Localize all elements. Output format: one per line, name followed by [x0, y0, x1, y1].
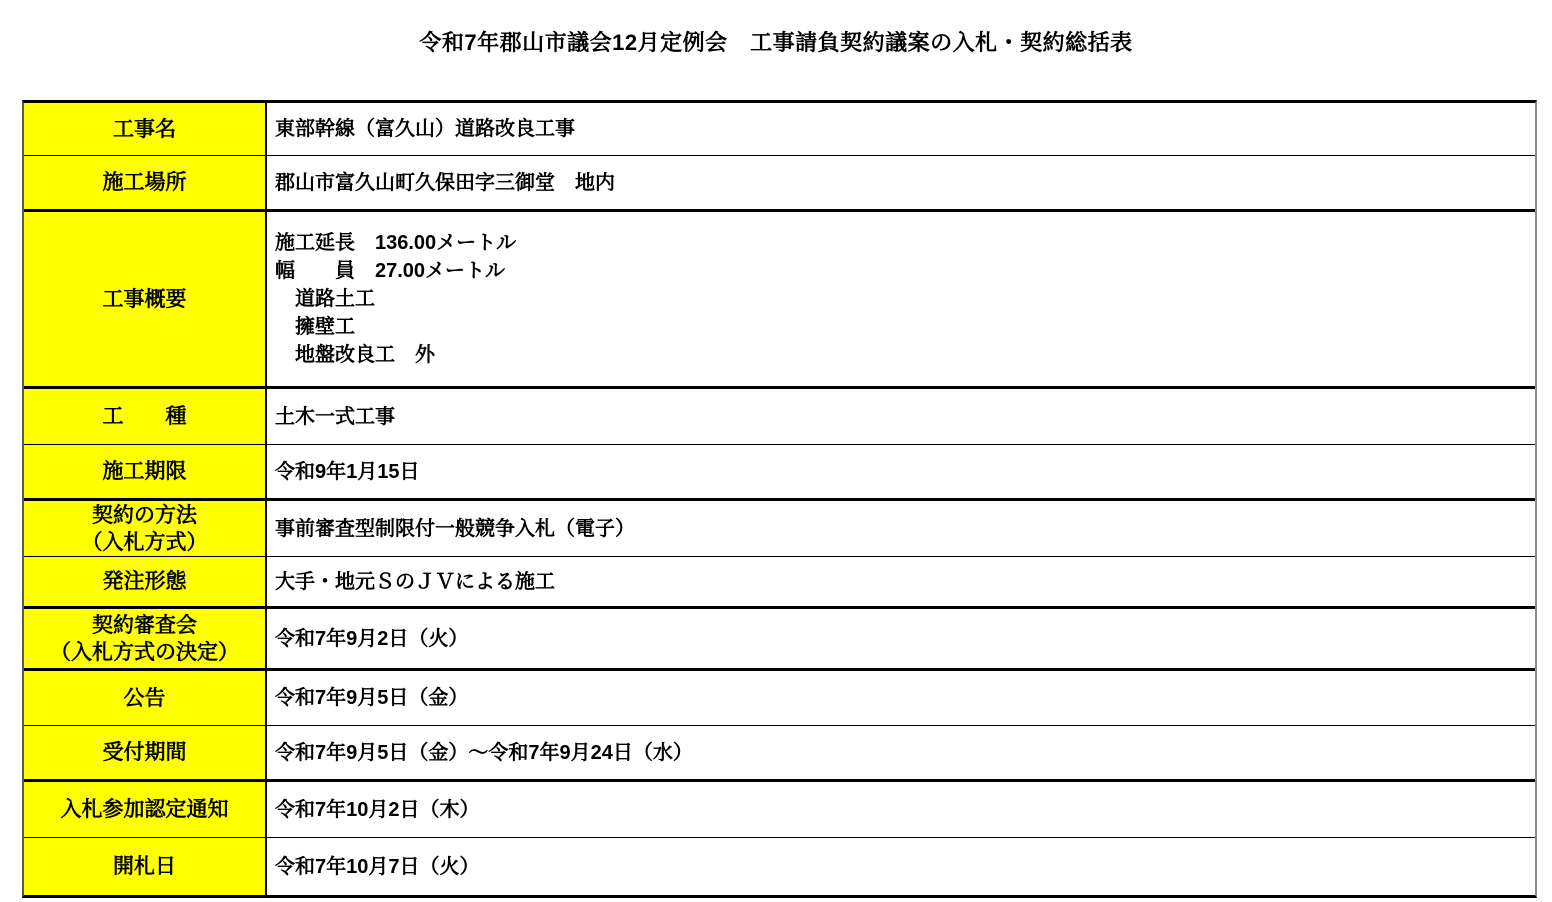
bid-participation-notice-label: 入札参加認定通知 — [24, 782, 267, 837]
row-construction-deadline: 施工期限 令和9年1月15日 — [24, 445, 1535, 501]
work-type-value: 土木一式工事 — [267, 389, 1535, 444]
row-bid-participation-notice: 入札参加認定通知 令和7年10月2日（木） — [24, 782, 1535, 838]
row-public-notice: 公告 令和7年9月5日（金） — [24, 671, 1535, 726]
row-project-overview: 工事概要 施工延長 136.00メートル 幅 員 27.00メートル 道路土工 … — [24, 212, 1535, 389]
contract-review-committee-label: 契約審査会 （入札方式の決定） — [24, 609, 267, 668]
row-contract-method: 契約の方法 （入札方式） 事前審査型制限付一般競争入札（電子） — [24, 501, 1535, 557]
project-overview-label: 工事概要 — [24, 212, 267, 386]
project-overview-value: 施工延長 136.00メートル 幅 員 27.00メートル 道路土工 擁壁工 地… — [267, 212, 1535, 386]
construction-deadline-value: 令和9年1月15日 — [267, 445, 1535, 498]
row-contract-review-committee: 契約審査会 （入札方式の決定） 令和7年9月2日（火） — [24, 609, 1535, 671]
reception-period-label: 受付期間 — [24, 726, 267, 779]
construction-deadline-label: 施工期限 — [24, 445, 267, 498]
page-title: 令和7年郡山市議会12月定例会 工事請負契約議案の入札・契約総括表 — [0, 26, 1552, 57]
contract-method-label: 契約の方法 （入札方式） — [24, 501, 267, 556]
contract-method-value: 事前審査型制限付一般競争入札（電子） — [267, 501, 1535, 556]
project-name-label: 工事名 — [24, 103, 267, 155]
row-construction-site: 施工場所 郡山市富久山町久保田字三御堂 地内 — [24, 156, 1535, 212]
contract-summary-table: 工事名 東部幹線（富久山）道路改良工事 施工場所 郡山市富久山町久保田字三御堂 … — [22, 100, 1537, 898]
row-order-form: 発注形態 大手・地元ＳのＪＶによる施工 — [24, 557, 1535, 609]
order-form-label: 発注形態 — [24, 557, 267, 606]
row-project-name: 工事名 東部幹線（富久山）道路改良工事 — [24, 103, 1535, 156]
row-reception-period: 受付期間 令和7年9月5日（金）～令和7年9月24日（水） — [24, 726, 1535, 782]
bid-participation-notice-value: 令和7年10月2日（木） — [267, 782, 1535, 837]
contract-review-committee-value: 令和7年9月2日（火） — [267, 609, 1535, 668]
construction-site-label: 施工場所 — [24, 156, 267, 209]
public-notice-value: 令和7年9月5日（金） — [267, 671, 1535, 725]
public-notice-label: 公告 — [24, 671, 267, 725]
project-name-value: 東部幹線（富久山）道路改良工事 — [267, 103, 1535, 155]
row-bid-opening-date: 開札日 令和7年10月7日（火） — [24, 838, 1535, 895]
work-type-label: 工 種 — [24, 389, 267, 444]
reception-period-value: 令和7年9月5日（金）～令和7年9月24日（水） — [267, 726, 1535, 779]
bid-opening-date-value: 令和7年10月7日（火） — [267, 838, 1535, 895]
row-work-type: 工 種 土木一式工事 — [24, 389, 1535, 445]
order-form-value: 大手・地元ＳのＪＶによる施工 — [267, 557, 1535, 606]
document-page: 令和7年郡山市議会12月定例会 工事請負契約議案の入札・契約総括表 工事名 東部… — [0, 0, 1552, 902]
construction-site-value: 郡山市富久山町久保田字三御堂 地内 — [267, 156, 1535, 209]
bid-opening-date-label: 開札日 — [24, 838, 267, 895]
